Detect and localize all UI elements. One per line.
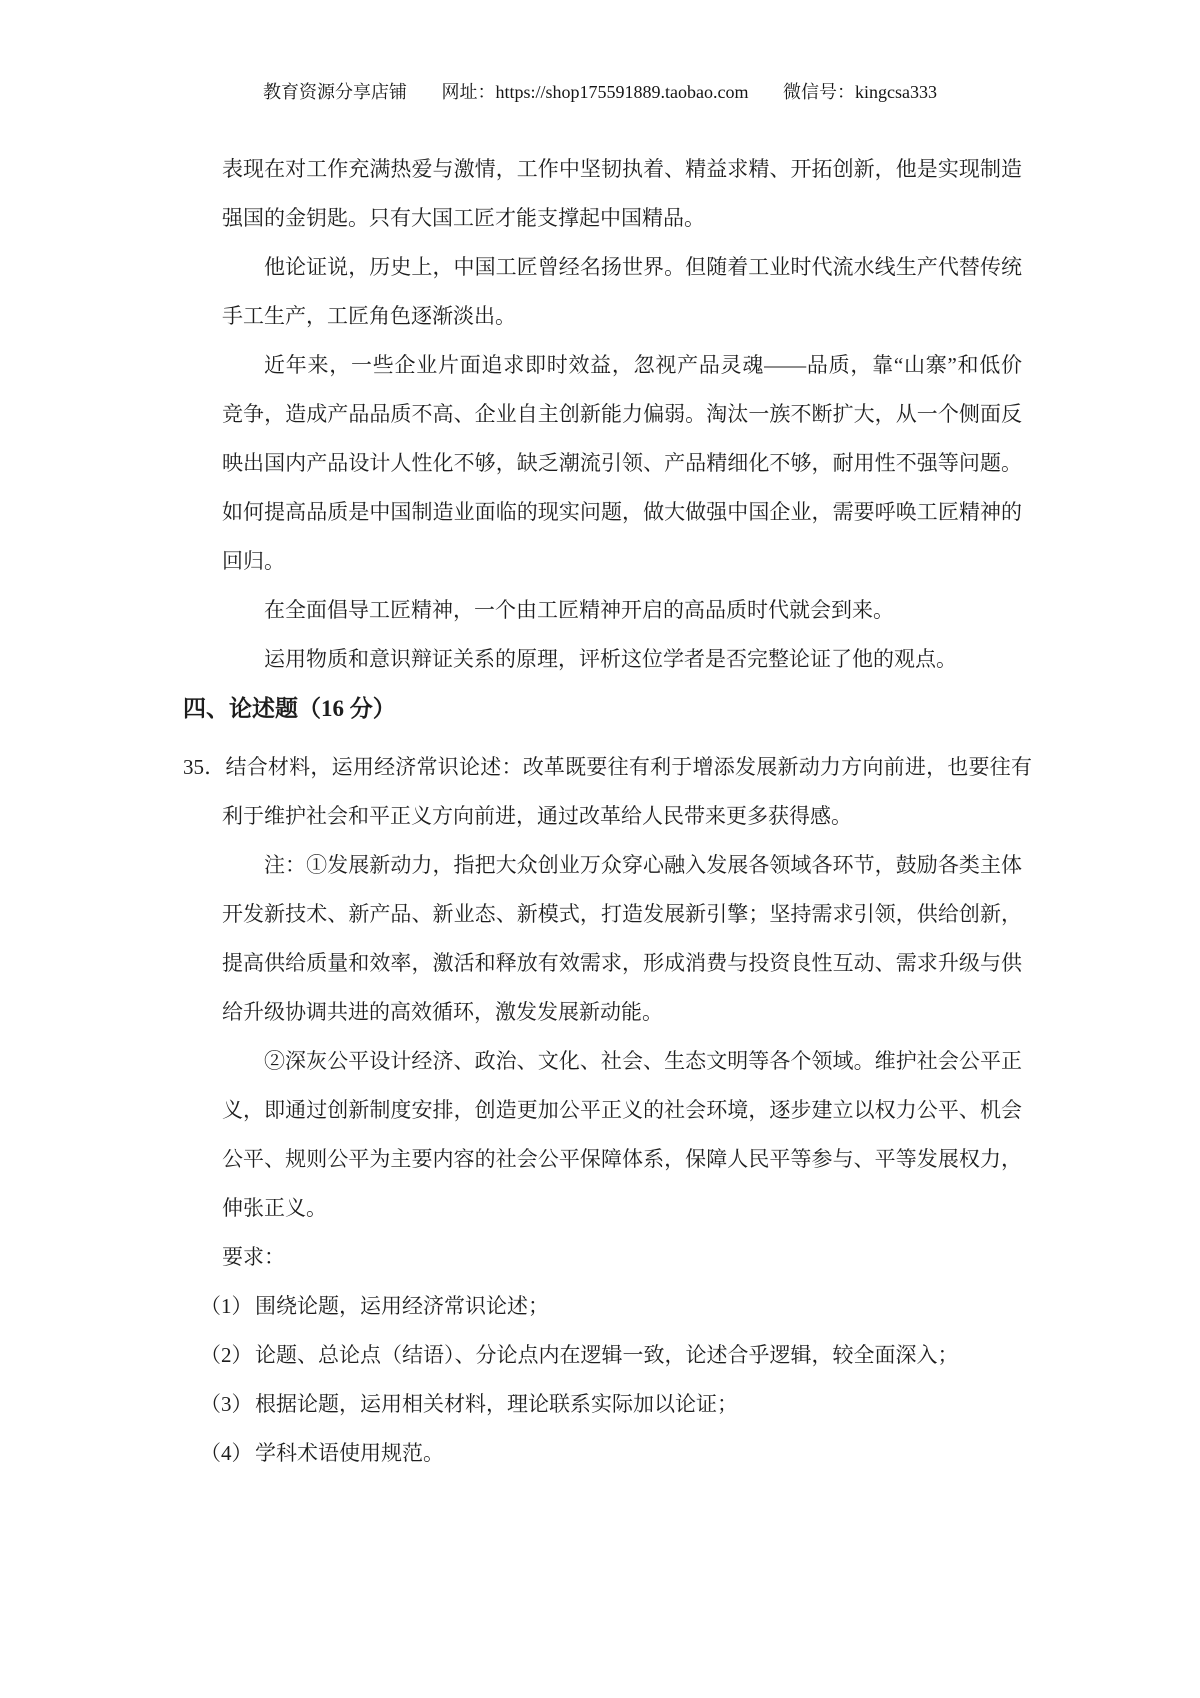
text-line: 伸张正义。 [222,1184,1022,1233]
list-number: （1） [200,1282,255,1331]
question-line: 35．结合材料，运用经济常识论述：改革既要往有利于增添发展新动力方向前进，也要往… [183,743,1032,792]
section-heading: 四、论述题（16 分） [183,684,1140,733]
requirement-item: （1）围绕论题，运用经济常识论述； [200,1282,1140,1331]
list-text: 学科术语使用规范。 [255,1429,1140,1478]
store-url: 网址：https://shop175591889.taobao.com [442,82,749,102]
text-line: 他论证说，历史上，中国工匠曾经名扬世界。但随着工业时代流水线生产代替传统 [222,243,1022,292]
text-line: 义，即通过创新制度安排，创造更加公平正义的社会环境，逐步建立以权力公平、机会 [222,1086,1022,1135]
list-text: 围绕论题，运用经济常识论述； [255,1282,1140,1331]
text-line: 回归。 [222,537,1022,586]
text-line: 注：①发展新动力，指把大众创业万众穿心融入发展各领域各环节，鼓励各类主体 [222,841,1022,890]
text-line: 公平、规则公平为主要内容的社会公平保障体系，保障人民平等参与、平等发展权力， [222,1135,1022,1184]
requirement-item: （2）论题、总论点（结语）、分论点内在逻辑一致，论述合乎逻辑，较全面深入； [200,1331,1140,1380]
list-text: 根据论题，运用相关材料，理论联系实际加以论证； [255,1380,1140,1429]
text-line: 运用物质和意识辩证关系的原理，评析这位学者是否完整论证了他的观点。 [222,635,1022,684]
store-name: 教育资源分享店铺 [263,82,407,102]
text-line: ②深灰公平设计经济、政治、文化、社会、生态文明等各个领域。维护社会公平正 [222,1037,1022,1086]
list-number: （2） [200,1331,255,1380]
text-line: 映出国内产品设计人性化不够，缺乏潮流引领、产品精细化不够，耐用性不强等问题。 [222,439,1022,488]
text-line: 在全面倡导工匠精神，一个由工匠精神开启的高品质时代就会到来。 [222,586,1022,635]
text-line: 利于维护社会和平正义方向前进，通过改革给人民带来更多获得感。 [222,792,1022,841]
requirements-label: 要求： [222,1233,1022,1282]
requirement-item: （4）学科术语使用规范。 [200,1429,1140,1478]
text-line: 竞争，造成产品品质不高、企业自主创新能力偏弱。淘汰一族不断扩大，从一个侧面反 [222,390,1022,439]
wechat-id: 微信号：kingcsa333 [783,82,937,102]
list-number: （3） [200,1380,255,1429]
text-lines-container: 表现在对工作充满热爱与激情，工作中坚韧执着、精益求精、开拓创新，他是实现制造强国… [0,145,1200,1478]
text-line: 如何提高品质是中国制造业面临的现实问题，做大做强中国企业，需要呼唤工匠精神的 [222,488,1022,537]
text-line: 手工生产，工匠角色逐渐淡出。 [222,292,1022,341]
text-line: 近年来，一些企业片面追求即时效益，忽视产品灵魂——品质，靠“山寨”和低价 [222,341,1022,390]
text-line: 提高供给质量和效率，激活和释放有效需求，形成消费与投资良性互动、需求升级与供 [222,939,1022,988]
page-header: 教育资源分享店铺 网址：https://shop175591889.taobao… [0,78,1200,104]
list-text: 论题、总论点（结语）、分论点内在逻辑一致，论述合乎逻辑，较全面深入； [255,1331,1140,1380]
text-line: 给升级协调共进的高效循环，激发发展新动能。 [222,988,1022,1037]
document-body: 表现在对工作充满热爱与激情，工作中坚韧执着、精益求精、开拓创新，他是实现制造强国… [0,145,1200,1478]
text-line: 开发新技术、新产品、新业态、新模式，打造发展新引擎；坚持需求引领，供给创新， [222,890,1022,939]
text-line: 表现在对工作充满热爱与激情，工作中坚韧执着、精益求精、开拓创新，他是实现制造 [222,145,1022,194]
exam-page: 教育资源分享店铺 网址：https://shop175591889.taobao… [0,0,1200,1698]
text-line: 强国的金钥匙。只有大国工匠才能支撑起中国精品。 [222,194,1022,243]
list-number: （4） [200,1429,255,1478]
requirement-item: （3）根据论题，运用相关材料，理论联系实际加以论证； [200,1380,1140,1429]
